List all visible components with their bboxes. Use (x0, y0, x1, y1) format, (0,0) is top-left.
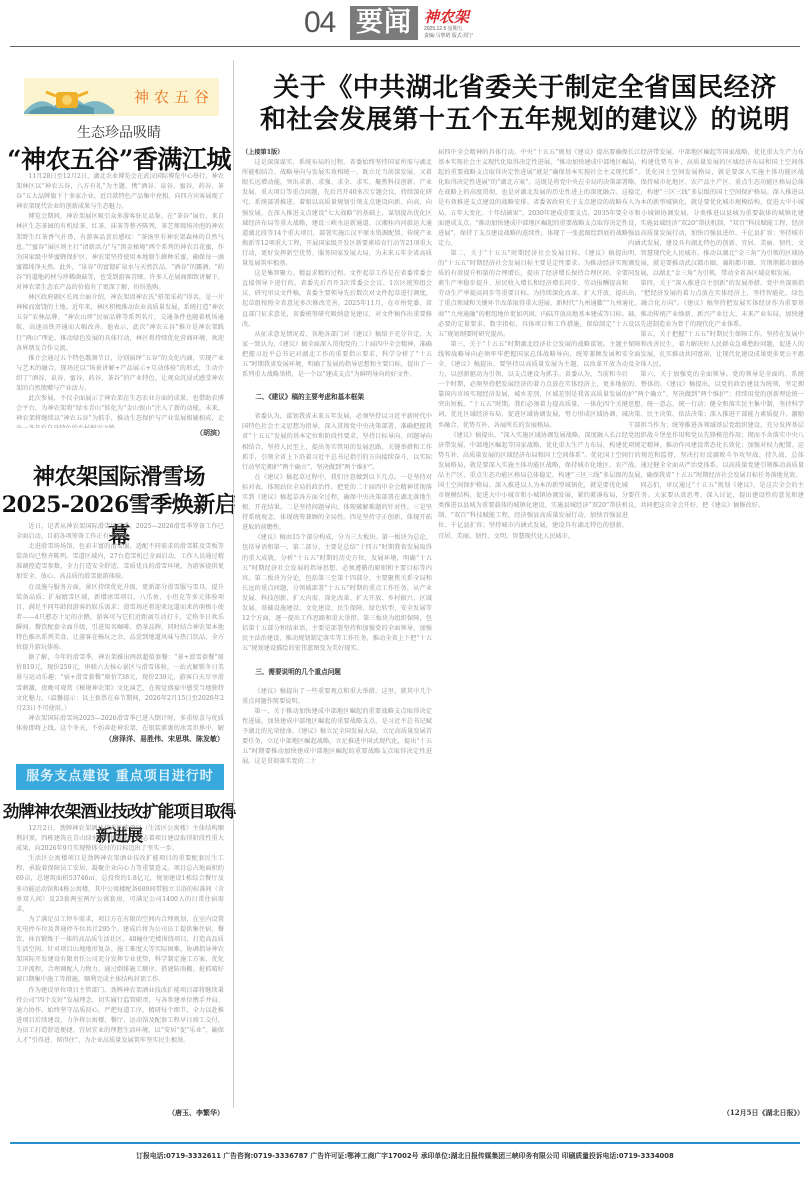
main-paragraph: 长江经济带发展、中部地区崛起等国家战略，优化重大生产力布局，构建优势互补、高质量… (628, 148, 804, 279)
main-paragraph: 第一，关于推动加快建成中部地区崛起的重要战略支点取得决定性进展。加快建成中部地区… (242, 707, 432, 768)
article3-byline: （唐玉、李繁华） (16, 1108, 224, 1118)
article1-paragraph: 博览会期间，神农架展区吸引众多游客驻足品鉴。在“茶谷”展台，来自林区生态茶园的有… (16, 212, 224, 293)
main-column-1: （上接第1版） 这是深深谋实、系统布局的过程。省委始终坚持国家所需与湖北所能相结… (242, 148, 432, 1123)
article2-paragraph: 据了解，今年的滑雪季，神农架推出两款超值套餐：“景+滑雪套餐”原价819元，现价… (16, 653, 224, 714)
main-column-3: 长江经济带发展、中部地区崛起等国家战略，优化重大生产力布局，构建优势互补、高质量… (628, 148, 804, 1103)
article3-body: 12月2日，劲牌神农架酒业技改扩能项目（生活区公寓楼）主体结构顺利封顶，四栋建筑… (16, 824, 224, 1106)
main-paragraph: 第二，关于“十五五”时期经济社会发展目标。《建议》稿提出的“十五五”时期经济社会… (438, 249, 628, 340)
main-paragraph: 在《建议》稿起草过程中，我们注意做到以下几点。一是坚持对标对表，体现站位全局的政… (242, 473, 432, 534)
main-paragraph: 第六，关于加强党的全面领导。党的领导是全面的、系统的、整体的。《建议》稿提出，以… (628, 370, 804, 481)
footer-contacts: 订报电话:0719-3332611 广告咨询:0719-3336787 广告许可… (0, 1150, 810, 1160)
article3-paragraph: 12月2日，劲牌神农架酒业技改扩能项目（生活区公寓楼）主体结构顺利封顶，四栋建筑… (16, 824, 224, 854)
article1-body: 11月28日至12月2日，湖北农业博览会在武汉国际博览中心举行。神农架林区以“神… (16, 172, 224, 428)
article2-byline: （房泽洋、易胜伟、宋思琪、陈发敏） (16, 734, 224, 744)
continued-from-label: （上接第1版） (242, 148, 432, 158)
section-title: 要闻 (350, 6, 418, 40)
article1-paragraph: 推介会通过五个特色歌舞节目，分别演绎“五谷”的文化内涵，实现产业与艺术的融合。现… (16, 354, 224, 394)
main-article-signature: （12月5日《湖北日报》） (628, 1108, 804, 1118)
column-divider (233, 60, 234, 1108)
main-paragraph: 这是深深谋实、系统布局的过程。省委始终坚持国家所需与湖北所能相结合、战略导向与发… (242, 158, 432, 269)
article1-paragraph: 林区政府副区长周立丽介绍，神农架因神农氏“搭架采药”得名，是一片神秘而富饶的土地… (16, 293, 224, 354)
article1-headline: “神农五谷”香满江城 (0, 140, 238, 176)
article2-body: 近日，记者从神农架国际滑雪场获悉，2025—2026滑雪季筹备工作已全面启动，目… (16, 522, 224, 732)
main-paragraph: 《建议》稿提出，“深入实施区域协调发展战略，深度融入长江经济带发展、中部地区崛起… (438, 431, 628, 542)
newspaper-logo: 神农架 (424, 6, 469, 27)
footer-rule (10, 1142, 800, 1144)
main-paragraph: 第五，关于把握“十五五”时期民生保障工作。坚持在发展中保障和改善民生，着力解决好… (628, 330, 804, 370)
main-paragraph: 从征求意见情况看，各地各部门对《建议》稿给予充分肯定，大家一致认为，《建议》稿全… (242, 330, 432, 380)
issue-editors: 责编:马黎珺 版式:周宁 (424, 33, 473, 40)
article1-byline: （胡滨） (16, 428, 224, 438)
article1-paragraph: 此次参展，不仅全面展示了神农架在生态农业方面的成果，也借助农博会平台，为神农架将… (16, 394, 224, 428)
mountain-illustration-icon (24, 84, 114, 114)
article2-paragraph: 在设施与服务方面，景区持续优化升级，更新部分滑雪服与雪具，提升装备品质；扩展嬉雪… (16, 583, 224, 654)
main-article-title: 关于《中共湖北省委关于制定全省国民经济 和社会发展第十五个五年规划的建议》的说明 (240, 72, 810, 136)
main-paragraph: 第三，关于“十五五”时期湖北经济社会发展的战略谋划。主题主线和战略导向必须牢牢把… (438, 340, 628, 431)
masthead-rule (10, 46, 800, 47)
main-paragraph: 《建议》稿由15个部分构成，分为三大板块。第一板块为总论，包括导语和第一、第二部… (242, 533, 432, 654)
main-paragraph: 省委认为，谋划我省未来五年发展，必须坚持以习近平新时代中国特色社会主义思想为指导… (242, 412, 432, 473)
masthead: 04 要闻 神农架 2025.12.5 星期五 责编:马黎珺 版式:周宁 (0, 0, 810, 48)
article1-kicker: 生态珍品吸睛 (0, 122, 238, 142)
article2-paragraph: 走进滑雪场场馆，色彩丰富的滑雪服、适配不同需求的滑雪鞋及雪板等装备均已整齐陈列。… (16, 542, 224, 582)
article3-paragraph: 生活区公寓楼项目是劲牌神农架酒业技改扩能项目的重要配套民生工程，承载着保障员工安… (16, 854, 224, 915)
article3-paragraph: 为了满足员工停车需求，项目方在有限的空间内合理规划，在室内设置充电停车位及普通停… (16, 915, 224, 986)
section-banner: 服务支点建设 重点项目进行时 (16, 764, 224, 790)
shennong-wugu-banner: 神农五谷 (24, 78, 219, 116)
article2-paragraph: 近日，记者从神农架国际滑雪场获悉，2025—2026滑雪季筹备工作已全面启动，目… (16, 522, 224, 542)
main-title-line2: 和社会发展第十五个五年规划的建议》的说明 (240, 104, 810, 136)
article1-paragraph: 11月28日至12月2日，湖北农业博览会在武汉国际博览中心举行。神农架林区以“神… (16, 172, 224, 212)
main-paragraph: 第四，关于“深入推进自主创新”的发展举措。党中央深刻指出，“把经济发展的着力点放… (628, 279, 804, 329)
main-paragraph: 《建议》稿提出了一些重要观点和重大举措。这里，就其中几个重点问题作简要说明。 (242, 687, 432, 707)
issue-date: 2025.12.5 星期五 (424, 26, 473, 33)
issue-meta: 2025.12.5 星期五 责编:马黎珺 版式:周宁 (424, 26, 473, 40)
page-number: 04 (304, 6, 335, 40)
main-column-2: 届四中全会精神的具体行动。中央“十五五”规划《建议》提出要确保基本实现社会主义现… (438, 148, 628, 1123)
main-paragraph: 这是集智聚力、精益求精的过程。文件起草工作是在省委常委会直接领导下进行的。省委先… (242, 269, 432, 330)
main-paragraph: 届四中全会精神的具体行动。中央“十五五”规划《建议》提出要确保基本实现社会主义现… (438, 148, 628, 249)
section-heading-2: 二、《建议》稿的主要考虑和基本框架 (242, 392, 432, 402)
article3-paragraph: 作为建设单位项目主管部门，劲牌神农架酒业技改扩能项目部将继续秉持公司“四个友好”… (16, 986, 224, 1047)
banner-label: 神农五谷 (134, 86, 214, 107)
section-heading-3: 三、需要说明的几个重点问题 (242, 667, 432, 677)
main-title-line1: 关于《中共湖北省委关于制定全省国民经济 (240, 72, 810, 104)
main-paragraph: 同志们，审议通过“十五五”规划《建议》，是这次全会的主要任务。大家要认真思考、深… (628, 481, 804, 511)
article2-headline-line1: 神农架国际滑雪场 (0, 460, 238, 491)
article2-paragraph: 神农架国际滑雪场2025—2026滑雪季已进入倒计时，多重惊喜与优质体验即将上线… (16, 714, 224, 732)
